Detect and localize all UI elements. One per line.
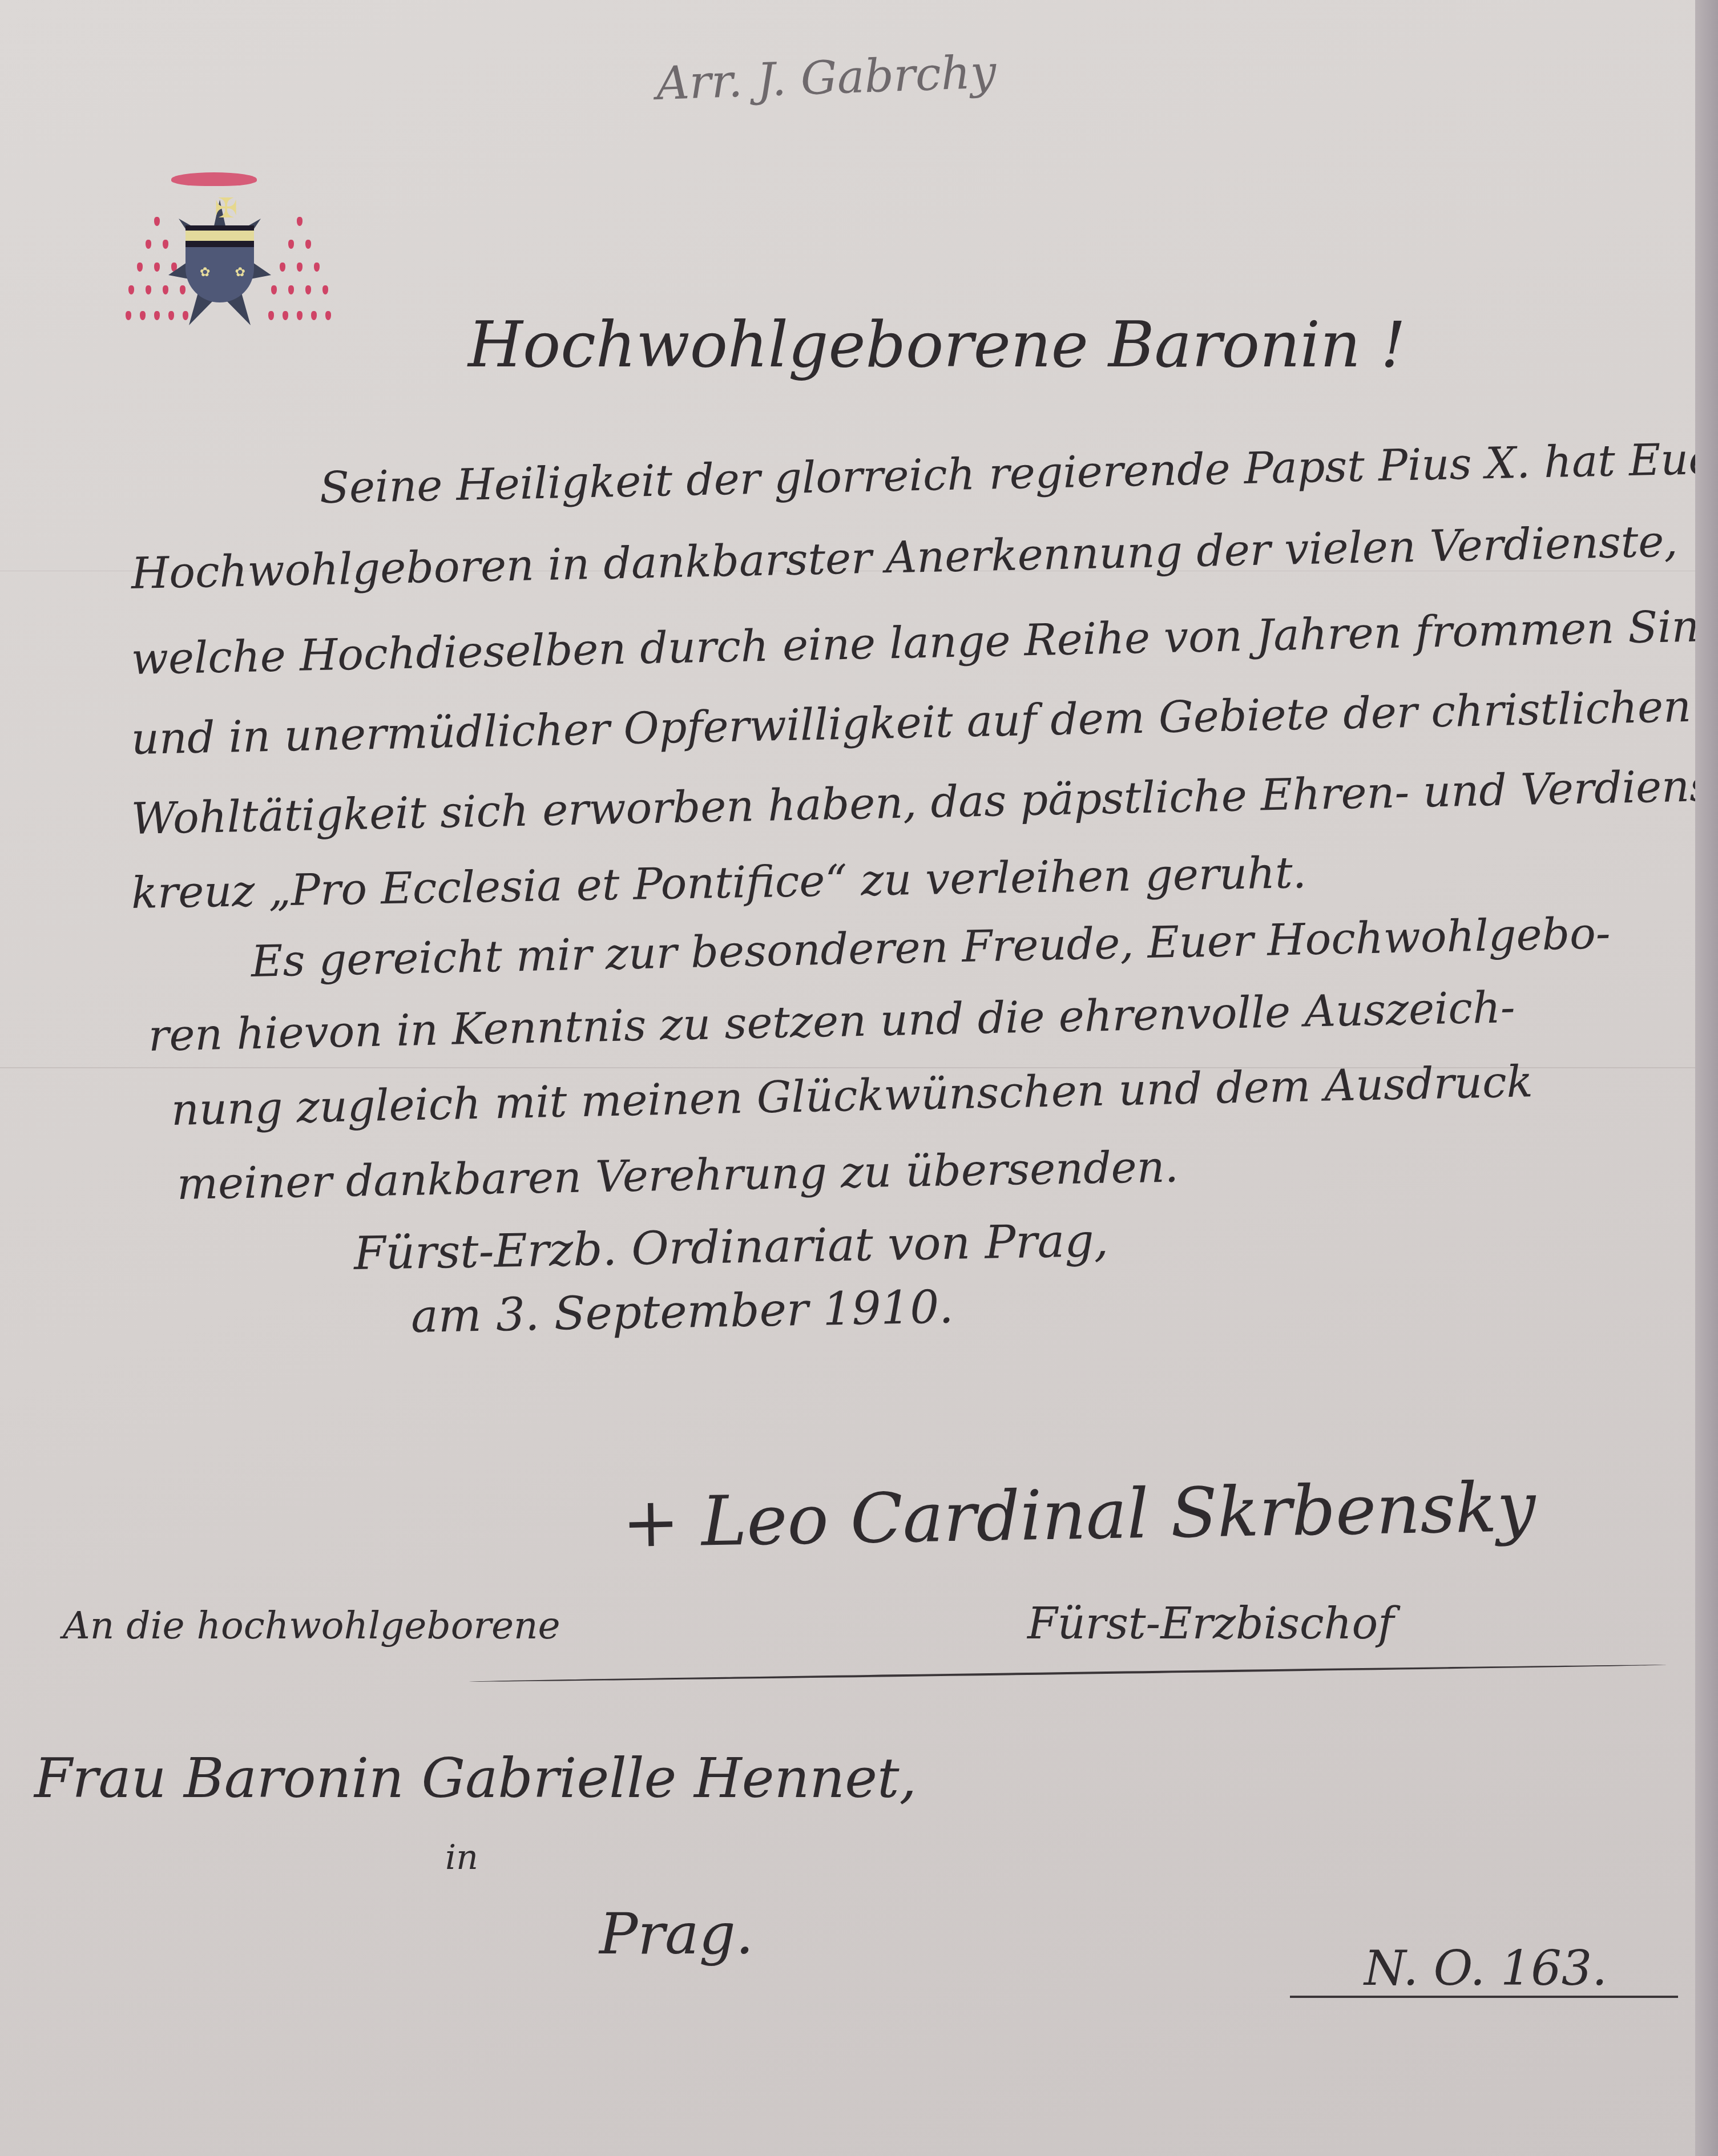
double-cross-icon: ✠ bbox=[215, 191, 225, 225]
address-line-1: An die hochwohlgeborene bbox=[63, 1604, 560, 1648]
tassels-right-icon bbox=[268, 194, 331, 337]
salutation: Hochwohlgeborene Baronin ! bbox=[468, 308, 1406, 381]
reference-underline bbox=[1290, 1996, 1678, 1998]
body-line: Wohltätigkeit sich erworben haben, das p… bbox=[131, 760, 1718, 844]
body-line: und in unermüdlicher Opferwilligkeit auf… bbox=[131, 681, 1692, 764]
date-line: am 3. September 1910. bbox=[410, 1280, 954, 1343]
signature-title: Fürst-Erzbischof bbox=[1027, 1598, 1394, 1649]
tassels-left-icon bbox=[126, 194, 188, 337]
address-line-3: in bbox=[445, 1838, 478, 1878]
body-line: Seine Heiligkeit der glorreich regierend… bbox=[319, 433, 1718, 513]
address-line-2: Frau Baronin Gabrielle Hennet, bbox=[34, 1746, 917, 1810]
coat-of-arms-icon: ✠ ✿✿ bbox=[114, 160, 342, 342]
signature-flourish bbox=[468, 1664, 1667, 1682]
background-edge bbox=[1695, 0, 1718, 2156]
pencil-note: Arr. J. Gabrchy bbox=[655, 45, 997, 110]
body-line: Es gereicht mir zur besonderen Freude, E… bbox=[251, 907, 1611, 987]
body-line: ren hievon in Kenntnis zu setzen und die… bbox=[148, 982, 1515, 1061]
cardinal-hat-icon bbox=[171, 172, 257, 186]
shield-chief-icon bbox=[185, 225, 254, 247]
body-line: kreuz „Pro Ecclesia et Pontifice“ zu ver… bbox=[131, 847, 1306, 918]
body-line: meiner dankbaren Verehrung zu übersenden… bbox=[176, 1141, 1179, 1209]
address-line-4: Prag. bbox=[599, 1900, 754, 1967]
body-line: Hochwohlgeboren in dankbarster Anerkennu… bbox=[131, 515, 1678, 599]
body-line: welche Hochdieselben durch eine lange Re… bbox=[131, 599, 1718, 684]
shield-charges-icon: ✿✿ bbox=[200, 265, 245, 288]
letter-page: Arr. J. Gabrchy ✠ ✿✿ Hochwohlgeborene Ba… bbox=[0, 0, 1704, 2156]
reference-number: N. O. 163. bbox=[1364, 1940, 1607, 1996]
place-line: Fürst-Erzb. Ordinariat von Prag, bbox=[353, 1214, 1108, 1280]
signature-name: + Leo Cardinal Skrbensky bbox=[622, 1468, 1536, 1563]
